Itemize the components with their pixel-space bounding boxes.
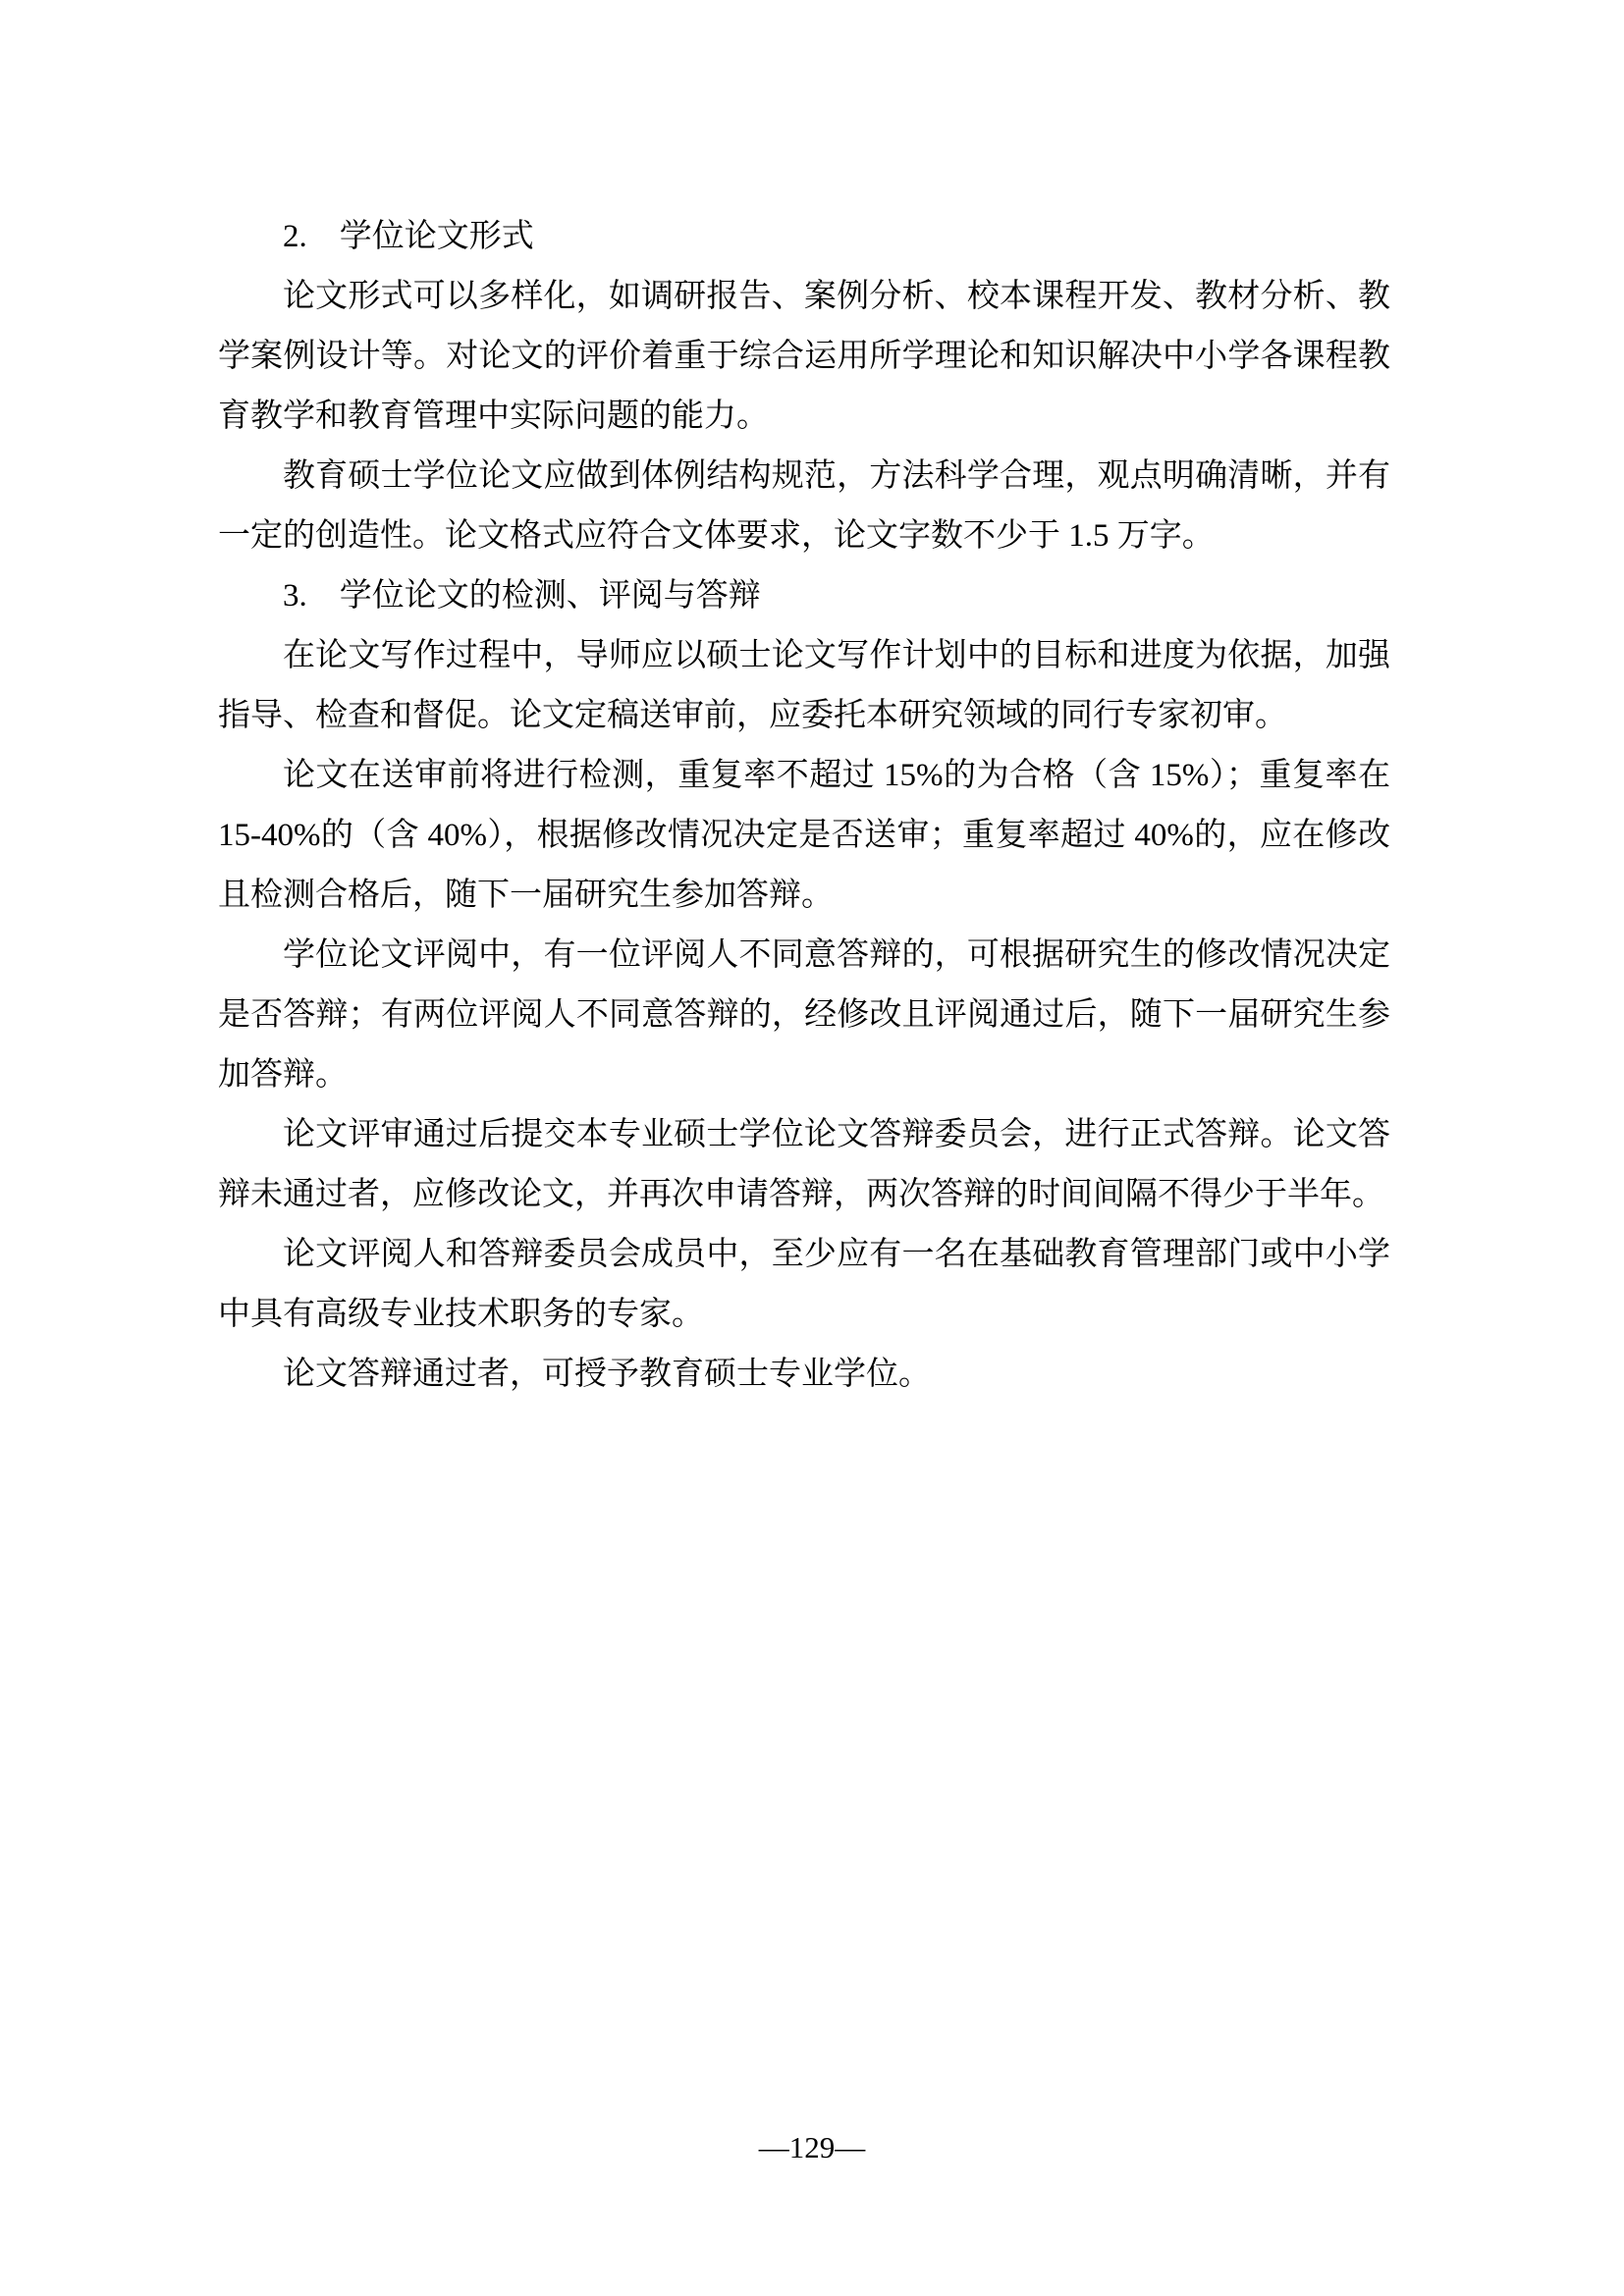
thesis-standard-paragraph: 教育硕士学位论文应做到体例结构规范，方法科学合理，观点明确清晰，并有一定的创造性… bbox=[218, 447, 1390, 566]
committee-member-paragraph: 论文评阅人和答辩委员会成员中，至少应有一名在基础教育管理部门或中小学中具有高级专… bbox=[218, 1225, 1390, 1345]
document-page: 2. 学位论文形式论文形式可以多样化，如调研报告、案例分析、校本课程开发、教材分… bbox=[0, 0, 1624, 2296]
writing-process-paragraph: 在论文写作过程中，导师应以硕士论文写作计划中的目标和进度为依据，加强指导、检查和… bbox=[218, 626, 1390, 746]
degree-award-paragraph: 论文答辩通过者，可授予教育硕士专业学位。 bbox=[218, 1345, 1390, 1405]
item-2-heading: 2. 学位论文形式 bbox=[218, 207, 1390, 267]
thesis-form-paragraph: 论文形式可以多样化，如调研报告、案例分析、校本课程开发、教材分析、教学案例设计等… bbox=[218, 267, 1390, 447]
formal-defense-paragraph: 论文评审通过后提交本专业硕士学位论文答辩委员会，进行正式答辩。论文答辩未通过者，… bbox=[218, 1105, 1390, 1225]
plagiarism-check-paragraph: 论文在送审前将进行检测，重复率不超过 15%的为合格（含 15%）；重复率在 1… bbox=[218, 746, 1390, 926]
page-number: —129— bbox=[759, 2130, 866, 2164]
item-3-heading: 3. 学位论文的检测、评阅与答辩 bbox=[218, 566, 1390, 626]
page-footer: —129— bbox=[0, 2128, 1624, 2167]
review-disagreement-paragraph: 学位论文评阅中，有一位评阅人不同意答辩的，可根据研究生的修改情况决定是否答辩；有… bbox=[218, 926, 1390, 1105]
document-body: 2. 学位论文形式论文形式可以多样化，如调研报告、案例分析、校本课程开发、教材分… bbox=[218, 207, 1390, 1405]
